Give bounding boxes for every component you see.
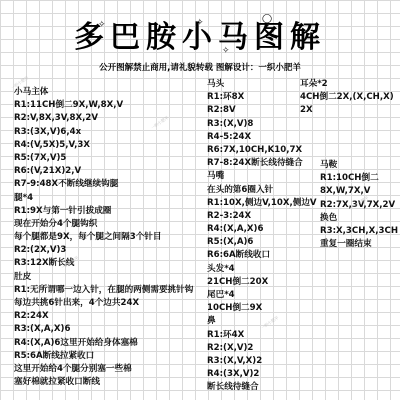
instruction-line: R3:(3X,V)6,4x: [14, 126, 193, 139]
instruction-line: R3:(X,V)8: [207, 118, 317, 131]
instruction-line: R6:7X,10CH,K10,7X: [207, 144, 317, 157]
instruction-line: R4:(X,A,X)6: [207, 223, 317, 236]
instruction-line: R1:10CH倒二: [320, 172, 398, 185]
instruction-line: R1:环4X: [207, 329, 317, 342]
section-heading: 尾巴*4: [207, 289, 317, 302]
section-body: 小马主体 R1:11CH倒二9X,W,8X,V R2:V,8X,3V,8X,2V…: [14, 86, 193, 389]
instruction-line: 2X: [300, 104, 394, 117]
instruction-line: R3:12X断长线: [14, 257, 193, 270]
subtitle: 公开图解禁止商用,请礼貌转载 图解设计：一织小肥羊: [0, 61, 400, 73]
balloon-icon: ◯: [262, 14, 272, 24]
instruction-line: 这里开始给4个腿分别塞一些棉: [14, 363, 193, 376]
instruction-line: R7-9:48X不断线继续钩腿: [14, 178, 193, 191]
instruction-line: R2:(X,V)2: [207, 342, 317, 355]
section-heading: 马鞍: [320, 159, 398, 172]
instruction-line: 塞好棉就拉紧收口断线: [14, 376, 193, 389]
instruction-line: 4CH倒二2X,(X,CH,X): [300, 91, 394, 104]
page-title: 多巴胺小马图解 ✧ ✧ ✧ ◯: [0, 12, 400, 56]
section-head: 马头 R1:环8X R2:8V R3:(X,V)8 R4-5:24X R6:7X…: [207, 78, 317, 395]
instruction-line: R6:6A断线收口: [207, 249, 317, 262]
instruction-line: R3:(X,A,X)6: [14, 323, 193, 336]
instruction-line: R1:11CH倒二9X,W,8X,V: [14, 99, 193, 112]
instruction-line: 每边共挑6针出来，4个边共24X: [14, 297, 193, 310]
instruction-line: R2-3:24X: [207, 210, 317, 223]
instruction-line: R4:(3X,V)2: [207, 368, 317, 381]
instruction-line: R5:(7X,V)5: [14, 152, 193, 165]
instruction-line: R4:(X,A)6这里开始给身体塞棉: [14, 337, 193, 350]
instruction-line: 换色: [320, 212, 398, 225]
instruction-line: R3:X,3CH,X,3CH: [320, 225, 398, 238]
section-heading: 头发*4: [207, 263, 317, 276]
section-heading: 腿*4: [14, 192, 193, 205]
instruction-line: 每个腿都是9X，每个腿之间隔3个针目: [14, 231, 193, 244]
instruction-line: 21CH倒二20X: [207, 276, 317, 289]
instruction-line: R5:6A断线拉紧收口: [14, 350, 193, 363]
instruction-line: R1:9X与第一针引拔成圈: [14, 205, 193, 218]
instruction-line: 现在开始分4个腿钩织: [14, 218, 193, 231]
section-heading: 马嘴: [207, 170, 317, 183]
instruction-line: R4:(V,5X)5,V,3X: [14, 139, 193, 152]
instruction-line: 在头的第6圈入针: [207, 184, 317, 197]
star-icon: ✧: [98, 20, 106, 30]
star-icon: ✧: [196, 18, 204, 28]
instruction-line: R4-5:24X: [207, 131, 317, 144]
instruction-line: R5:(X,A)6: [207, 236, 317, 249]
instruction-line: R7-8:24X断长线待缝合: [207, 157, 317, 170]
instruction-line: R2:(2X,V)3: [14, 244, 193, 257]
section-ears: 耳朵*2 4CH倒二2X,(X,CH,X) 2X: [300, 78, 394, 118]
instruction-line: 8X,W,7X,V: [320, 185, 398, 198]
instruction-line: 10CH倒二9X: [207, 302, 317, 315]
star-icon: ✧: [222, 46, 230, 56]
instruction-line: R1:无所谓哪一边入针，在腿的两侧需要挑针钩: [14, 284, 193, 297]
section-heading: 耳朵*2: [300, 78, 394, 91]
instruction-line: R3:(X,V,X)2: [207, 355, 317, 368]
instruction-line: R2:24X: [14, 310, 193, 323]
instruction-line: 断长线待缝合: [207, 381, 317, 394]
instruction-line: R1:10X,侧边V,10X,侧边V: [207, 197, 317, 210]
section-heading: 小马主体: [14, 86, 193, 99]
instruction-line: R6:(V,21X)2,V: [14, 165, 193, 178]
section-heading: 肚皮: [14, 271, 193, 284]
instruction-line: 重复一圈结束: [320, 238, 398, 251]
